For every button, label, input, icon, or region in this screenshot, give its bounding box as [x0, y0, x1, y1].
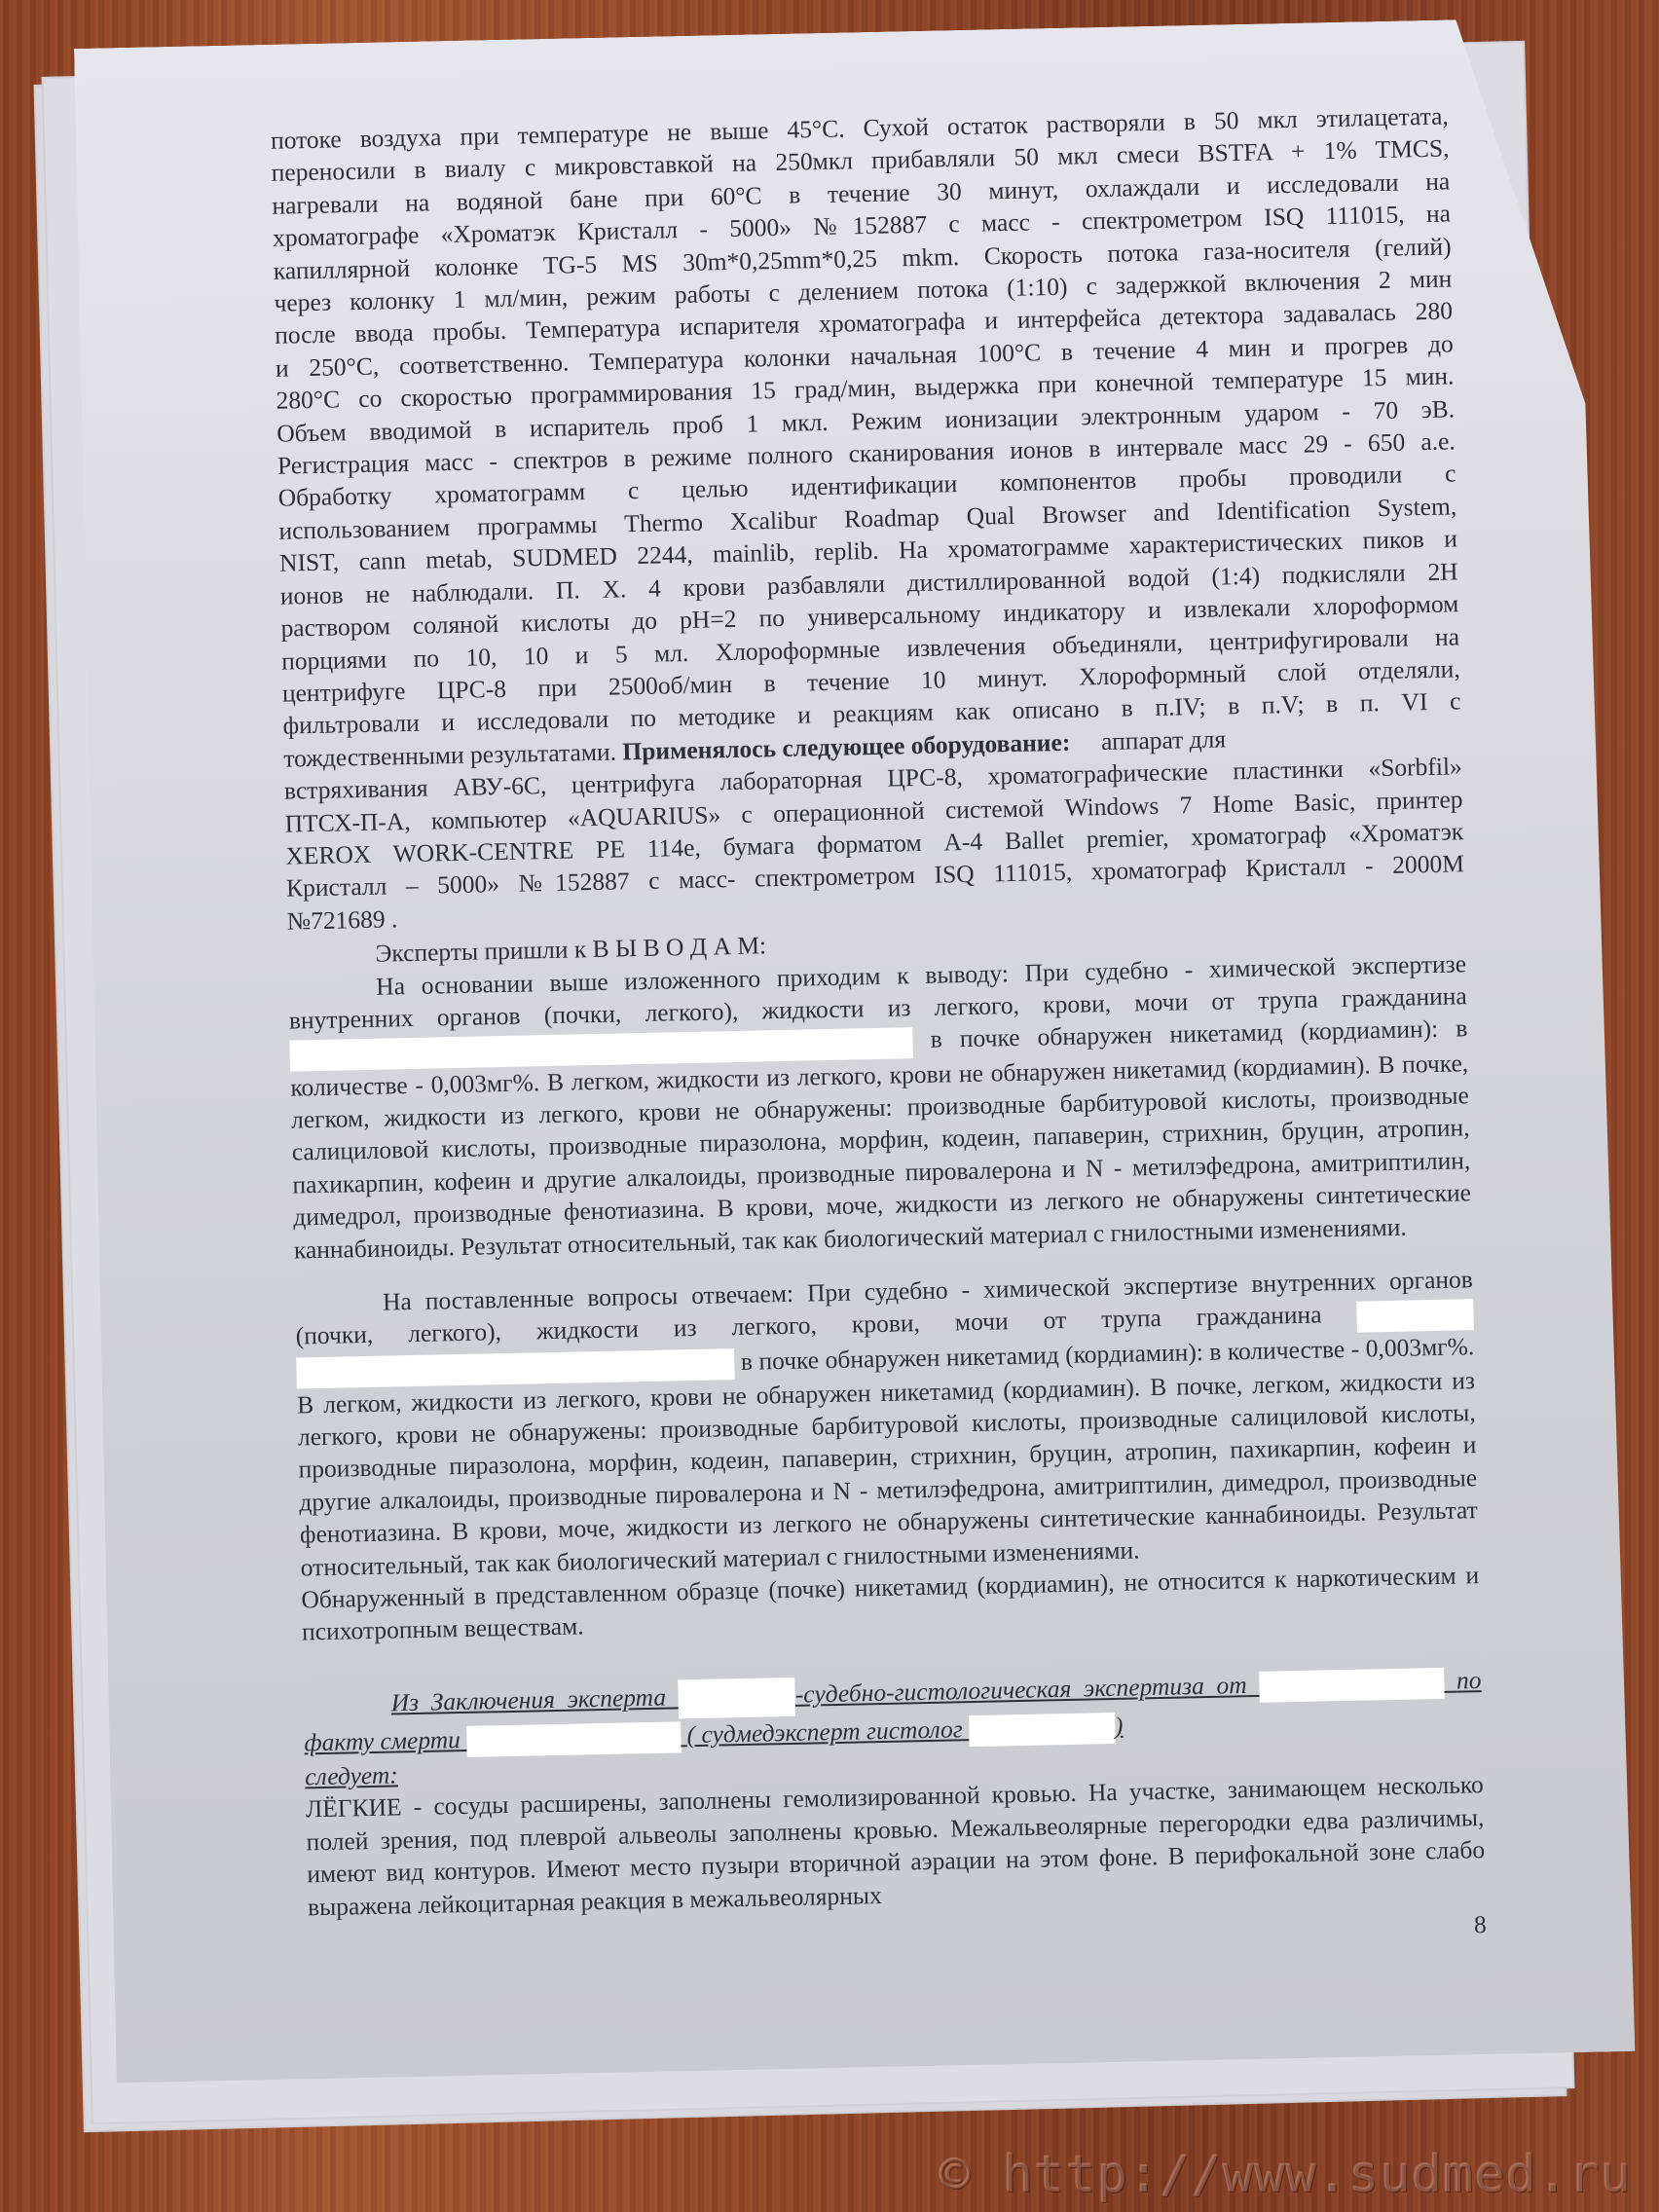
equipment-list: встряхивания АВУ-6С, центрифуга лаборато…: [284, 750, 1465, 937]
conclusion-paragraph: На основании выше изложенного приходим к…: [288, 947, 1472, 1267]
redacted-name: [1356, 1299, 1474, 1333]
page-content: потоке воздуха при температуре не выше 4…: [271, 99, 1487, 1965]
method-paragraph: потоке воздуха при температуре не выше 4…: [271, 99, 1461, 742]
redacted-number: [678, 1677, 795, 1719]
lungs-paragraph: ЛЁГКИЕ - сосуды расширены, заполнены гем…: [306, 1769, 1487, 1924]
answers-paragraph: На поставленные вопросы отвечаем: При су…: [295, 1263, 1479, 1583]
redacted-name: [466, 1721, 682, 1757]
lungs-label: ЛЁГКИЕ: [306, 1793, 402, 1824]
watermark: © http://www.sudmed.ru: [940, 2146, 1632, 2204]
redacted-expert-name: [969, 1713, 1116, 1747]
redacted-date: [1259, 1668, 1445, 1703]
document-page: потоке воздуха при температуре не выше 4…: [74, 17, 1635, 2083]
